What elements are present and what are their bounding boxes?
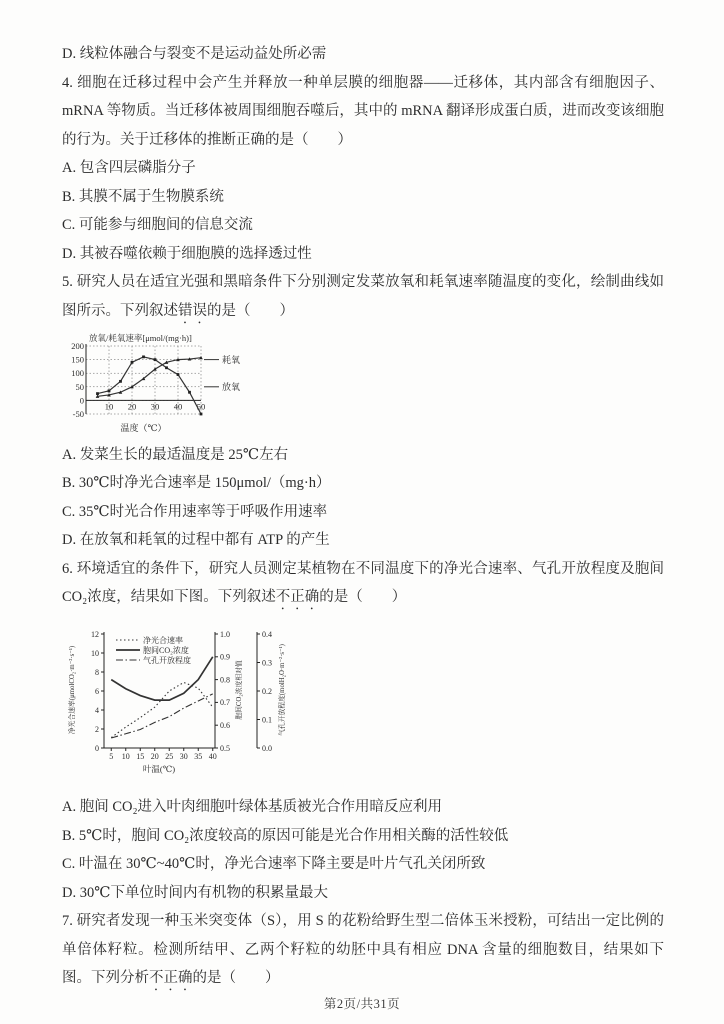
svg-text:150: 150: [71, 354, 84, 364]
svg-text:10: 10: [105, 401, 114, 411]
y-axis-title: 放氧/耗氧速率[μmol/(mg·h)]: [89, 333, 192, 343]
svg-text:胞间CO₂浓度: 胞间CO₂浓度: [143, 645, 189, 655]
q6-chart: 0246810125101520253035400.50.60.70.80.91…: [64, 618, 310, 788]
svg-text:200: 200: [71, 341, 84, 351]
svg-text:40: 40: [174, 401, 183, 411]
plot-area: -500501001502001020304050: [71, 341, 219, 419]
svg-text:0.4: 0.4: [262, 630, 272, 639]
svg-text:10: 10: [91, 649, 99, 658]
svg-text:10: 10: [122, 752, 130, 761]
emphasized-text: 错误: [178, 303, 207, 319]
svg-text:100: 100: [71, 368, 84, 378]
q5-chart: -500501001502001020304050放氧/耗氧速率[μmol/(m…: [64, 332, 282, 436]
text-line: B. 30℃时净光合速率是 150μmol/（mg·h）: [62, 469, 664, 498]
text-line: B. 5℃时，胞间 CO₂浓度较高的原因可能是光合作用相关酶的活性较低: [62, 822, 664, 851]
document-body: D. 线粒体融合与裂变不是运动益处所必需4. 细胞在迁移过程中会产生并释放一种单…: [62, 40, 664, 994]
text-line: A. 发菜生长的最适温度是 25℃左右: [62, 441, 664, 470]
svg-text:25: 25: [165, 752, 173, 761]
svg-text:50: 50: [76, 381, 85, 391]
text-line: A. 包含四层磷脂分子: [62, 154, 664, 183]
svg-text:30: 30: [180, 752, 188, 761]
svg-text:15: 15: [136, 752, 144, 761]
svg-text:6: 6: [95, 687, 99, 696]
text-line: D. 其被吞噬依赖于细胞膜的选择透过性: [62, 240, 664, 269]
svg-text:30: 30: [151, 401, 160, 411]
svg-text:2: 2: [95, 725, 99, 734]
svg-text:0.0: 0.0: [262, 744, 272, 753]
q6-chart-figure: 0246810125101520253035400.50.60.70.80.91…: [64, 618, 664, 788]
svg-text:20: 20: [151, 752, 159, 761]
svg-text:0: 0: [80, 395, 84, 405]
svg-text:20: 20: [128, 401, 137, 411]
svg-text:0.7: 0.7: [220, 698, 230, 707]
x-axis-title: 温度（℃）: [120, 422, 166, 433]
left-axis-title: 净光合速率(μmolCO₂·m⁻²·s⁻¹): [67, 646, 76, 734]
series-label-1: 耗氧: [222, 353, 240, 364]
series-line-0: [111, 682, 213, 737]
svg-text:0.8: 0.8: [220, 675, 230, 684]
emphasized-text: 不正确: [149, 970, 193, 986]
text-line: 5. 研究人员在适宜光强和黑暗条件下分别测定发菜放氧和耗氧速率随温度的变化，绘制…: [62, 268, 664, 327]
page-footer: 第2页/共31页: [0, 994, 724, 1012]
svg-text:0.1: 0.1: [262, 715, 272, 724]
svg-text:5: 5: [109, 752, 113, 761]
svg-text:0.3: 0.3: [262, 658, 272, 667]
svg-text:气孔开放程度: 气孔开放程度: [143, 655, 191, 665]
series-label-0: 放氧: [222, 381, 240, 392]
right1-axis-title: 胞间CO₂浓度相对值: [234, 660, 243, 720]
svg-text:-50: -50: [73, 409, 84, 419]
text-line: 7. 研究者发现一种玉米突变体（S），用 S 的花粉给野生型二倍体玉米授粉，可结…: [62, 907, 664, 994]
text-line: A. 胞间 CO₂进入叶肉细胞叶绿体基质被光合作用暗反应利用: [62, 793, 664, 822]
text-line: 4. 细胞在迁移过程中会产生并释放一种单层膜的细胞器——迁移体，其内部含有细胞因…: [62, 69, 664, 155]
svg-text:35: 35: [194, 752, 202, 761]
legend: 净光合速率胞间CO₂浓度气孔开放程度: [116, 635, 191, 665]
text-line: B. 其膜不属于生物膜系统: [62, 183, 664, 212]
text-line: D. 在放氧和耗氧的过程中都有 ATP 的产生: [62, 526, 664, 555]
svg-text:0.2: 0.2: [262, 687, 272, 696]
text-line: 6. 环境适宜的条件下，研究人员测定某植物在不同温度下的净光合速率、气孔开放程度…: [62, 555, 664, 614]
x-axis-title: 叶温(℃): [143, 764, 175, 774]
right2-axis-title: 气孔开放程度(molH₂O·m⁻²·s⁻¹): [277, 644, 286, 736]
svg-text:0: 0: [95, 744, 99, 753]
svg-text:4: 4: [95, 706, 99, 715]
text-line: C. 可能参与细胞间的信息交流: [62, 211, 664, 240]
text-line: C. 叶温在 30℃~40℃时，净光合速率下降主要是叶片气孔关闭所致: [62, 850, 664, 879]
emphasized-text: 不正确: [276, 589, 320, 605]
text-line: D. 30℃下单位时间内有机物的积累量最大: [62, 879, 664, 908]
svg-text:40: 40: [209, 752, 217, 761]
svg-text:12: 12: [91, 630, 99, 639]
svg-text:0.5: 0.5: [220, 744, 230, 753]
text-line: D. 线粒体融合与裂变不是运动益处所必需: [62, 40, 664, 69]
exam-page: D. 线粒体融合与裂变不是运动益处所必需4. 细胞在迁移过程中会产生并释放一种单…: [0, 0, 724, 1024]
svg-text:1.0: 1.0: [220, 630, 230, 639]
svg-text:50: 50: [197, 401, 206, 411]
svg-text:0.6: 0.6: [220, 721, 230, 730]
text-line: C. 35℃时光合作用速率等于呼吸作用速率: [62, 498, 664, 527]
svg-text:8: 8: [95, 668, 99, 677]
svg-text:净光合速率: 净光合速率: [143, 635, 183, 645]
q5-chart-figure: -500501001502001020304050放氧/耗氧速率[μmol/(m…: [64, 332, 664, 436]
series-line-1: [98, 357, 202, 396]
svg-text:0.9: 0.9: [220, 653, 230, 662]
